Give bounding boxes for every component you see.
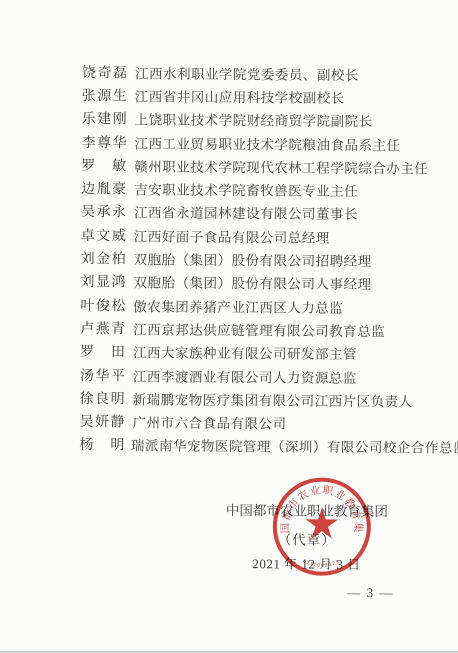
member-title: 吉安职业技术学院畜牧兽医专业主任 xyxy=(134,178,358,200)
member-title: 广州市六合食品有限公司 xyxy=(132,411,286,432)
member-name: 吴承永 xyxy=(81,201,129,221)
member-title: 瑞派南华宠物医院管理（深圳）有限公司校企合作总监 xyxy=(131,435,458,457)
member-row: 卢燕青 江西京邦达供应链管理有限公司教育总监 xyxy=(0,316,456,342)
member-row: 吴妍静 广州市六合食品有限公司 xyxy=(0,409,456,435)
member-row: 卓文威 江西好面子食品有限公司总经理 xyxy=(0,222,457,248)
member-row: 刘金柏 双胞胎（集团）股份有限公司招聘经理 xyxy=(0,246,457,272)
member-title: 江西水利职业学院党委委员、副校长 xyxy=(135,62,359,84)
member-row: 刘显鸿 双胞胎（集团）股份有限公司人事经理 xyxy=(0,269,457,295)
member-name: 罗 田 xyxy=(80,341,128,361)
member-name: 乐建刚 xyxy=(82,108,130,128)
member-name: 边胤豪 xyxy=(81,178,129,198)
member-row: 杨 明 瑞派南华宠物医院管理（深圳）有限公司校企合作总监 xyxy=(0,432,455,458)
member-title: 江西省井冈山应用科技学校副校长 xyxy=(135,85,345,106)
member-row: 李尊华 江西工业贸易职业技术学院粮油食品系主任 xyxy=(0,129,458,155)
member-row: 汤华平 江西李渡酒业有限公司人力资源总监 xyxy=(0,362,456,388)
member-name: 杨 明 xyxy=(79,434,126,454)
member-name: 张源生 xyxy=(82,85,130,105)
member-name: 刘显鸿 xyxy=(80,271,128,291)
member-row: 边胤豪 吉安职业技术学院畜牧兽医专业主任 xyxy=(0,176,457,202)
member-name: 叶俊松 xyxy=(80,295,128,315)
member-row: 徐良明 新瑞鹏宠物医疗集团有限公司江西片区负责人 xyxy=(0,386,456,412)
member-name: 刘金柏 xyxy=(81,248,129,268)
member-title: 双胞胎（集团）股份有限公司招聘经理 xyxy=(134,248,372,270)
star-icon xyxy=(306,508,339,539)
member-title: 江西工业贸易职业技术学院粮油食品系主任 xyxy=(134,132,400,154)
member-name: 徐良明 xyxy=(80,388,128,408)
member-name: 罗 敏 xyxy=(81,155,129,175)
member-title: 新瑞鹏宠物医疗集团有限公司江西片区负责人 xyxy=(133,388,413,410)
member-name: 汤华平 xyxy=(80,364,128,384)
member-row: 吴承永 江西省永道园林建设有限公司董事长 xyxy=(0,199,457,225)
member-title: 江西省永道园林建设有限公司董事长 xyxy=(134,202,358,224)
stamp-serial-number: 0111062129 xyxy=(302,558,342,569)
member-row: 饶奇磊 江西水利职业学院党委委员、副校长 xyxy=(0,59,458,85)
member-row: 乐建刚 上饶职业技术学院财经商贸学院副院长 xyxy=(0,106,458,132)
member-title: 上饶职业技术学院财经商贸学院副院长 xyxy=(135,109,373,131)
member-row: 张源生 江西省井冈山应用科技学校副校长 xyxy=(0,83,458,109)
page-number: — 3 — xyxy=(347,585,394,601)
member-name: 卓文威 xyxy=(81,225,129,245)
member-title: 江西李渡酒业有限公司人力资源总监 xyxy=(133,365,357,387)
member-row: 罗 田 江西大家族种业有限公司研发部主管 xyxy=(0,339,456,365)
member-name: 饶奇磊 xyxy=(82,62,130,82)
document-page: 饶奇磊 江西水利职业学院党委委员、副校长 张源生 江西省井冈山应用科技学校副校长… xyxy=(0,0,458,653)
member-row: 罗 敏 赣州职业技术学院现代农林工程学院综合办主任 xyxy=(0,153,457,179)
member-name: 吴妍静 xyxy=(79,411,127,431)
seal-icon: 中国都市农业职业教育集团 0111062129 xyxy=(264,469,379,584)
member-title: 江西好面子食品有限公司总经理 xyxy=(134,225,330,246)
member-title: 江西京邦达供应链管理有限公司教育总监 xyxy=(133,318,385,340)
member-list: 饶奇磊 江西水利职业学院党委委员、副校长 张源生 江西省井冈山应用科技学校副校长… xyxy=(0,59,458,458)
member-name: 李尊华 xyxy=(81,131,129,151)
scan-content: 饶奇磊 江西水利职业学院党委委员、副校长 张源生 江西省井冈山应用科技学校副校长… xyxy=(0,0,458,653)
member-title: 江西大家族种业有限公司研发部主管 xyxy=(133,342,357,364)
official-seal-stamp: 中国都市农业职业教育集团 0111062129 xyxy=(264,469,379,584)
member-title: 傲农集团养猪产业江西区人力总监 xyxy=(133,295,343,316)
member-title: 赣州职业技术学院现代农林工程学院综合办主任 xyxy=(134,155,428,177)
member-row: 叶俊松 傲农集团养猪产业江西区人力总监 xyxy=(0,292,456,318)
member-title: 双胞胎（集团）股份有限公司人事经理 xyxy=(133,272,371,294)
member-name: 卢燕青 xyxy=(80,318,128,338)
